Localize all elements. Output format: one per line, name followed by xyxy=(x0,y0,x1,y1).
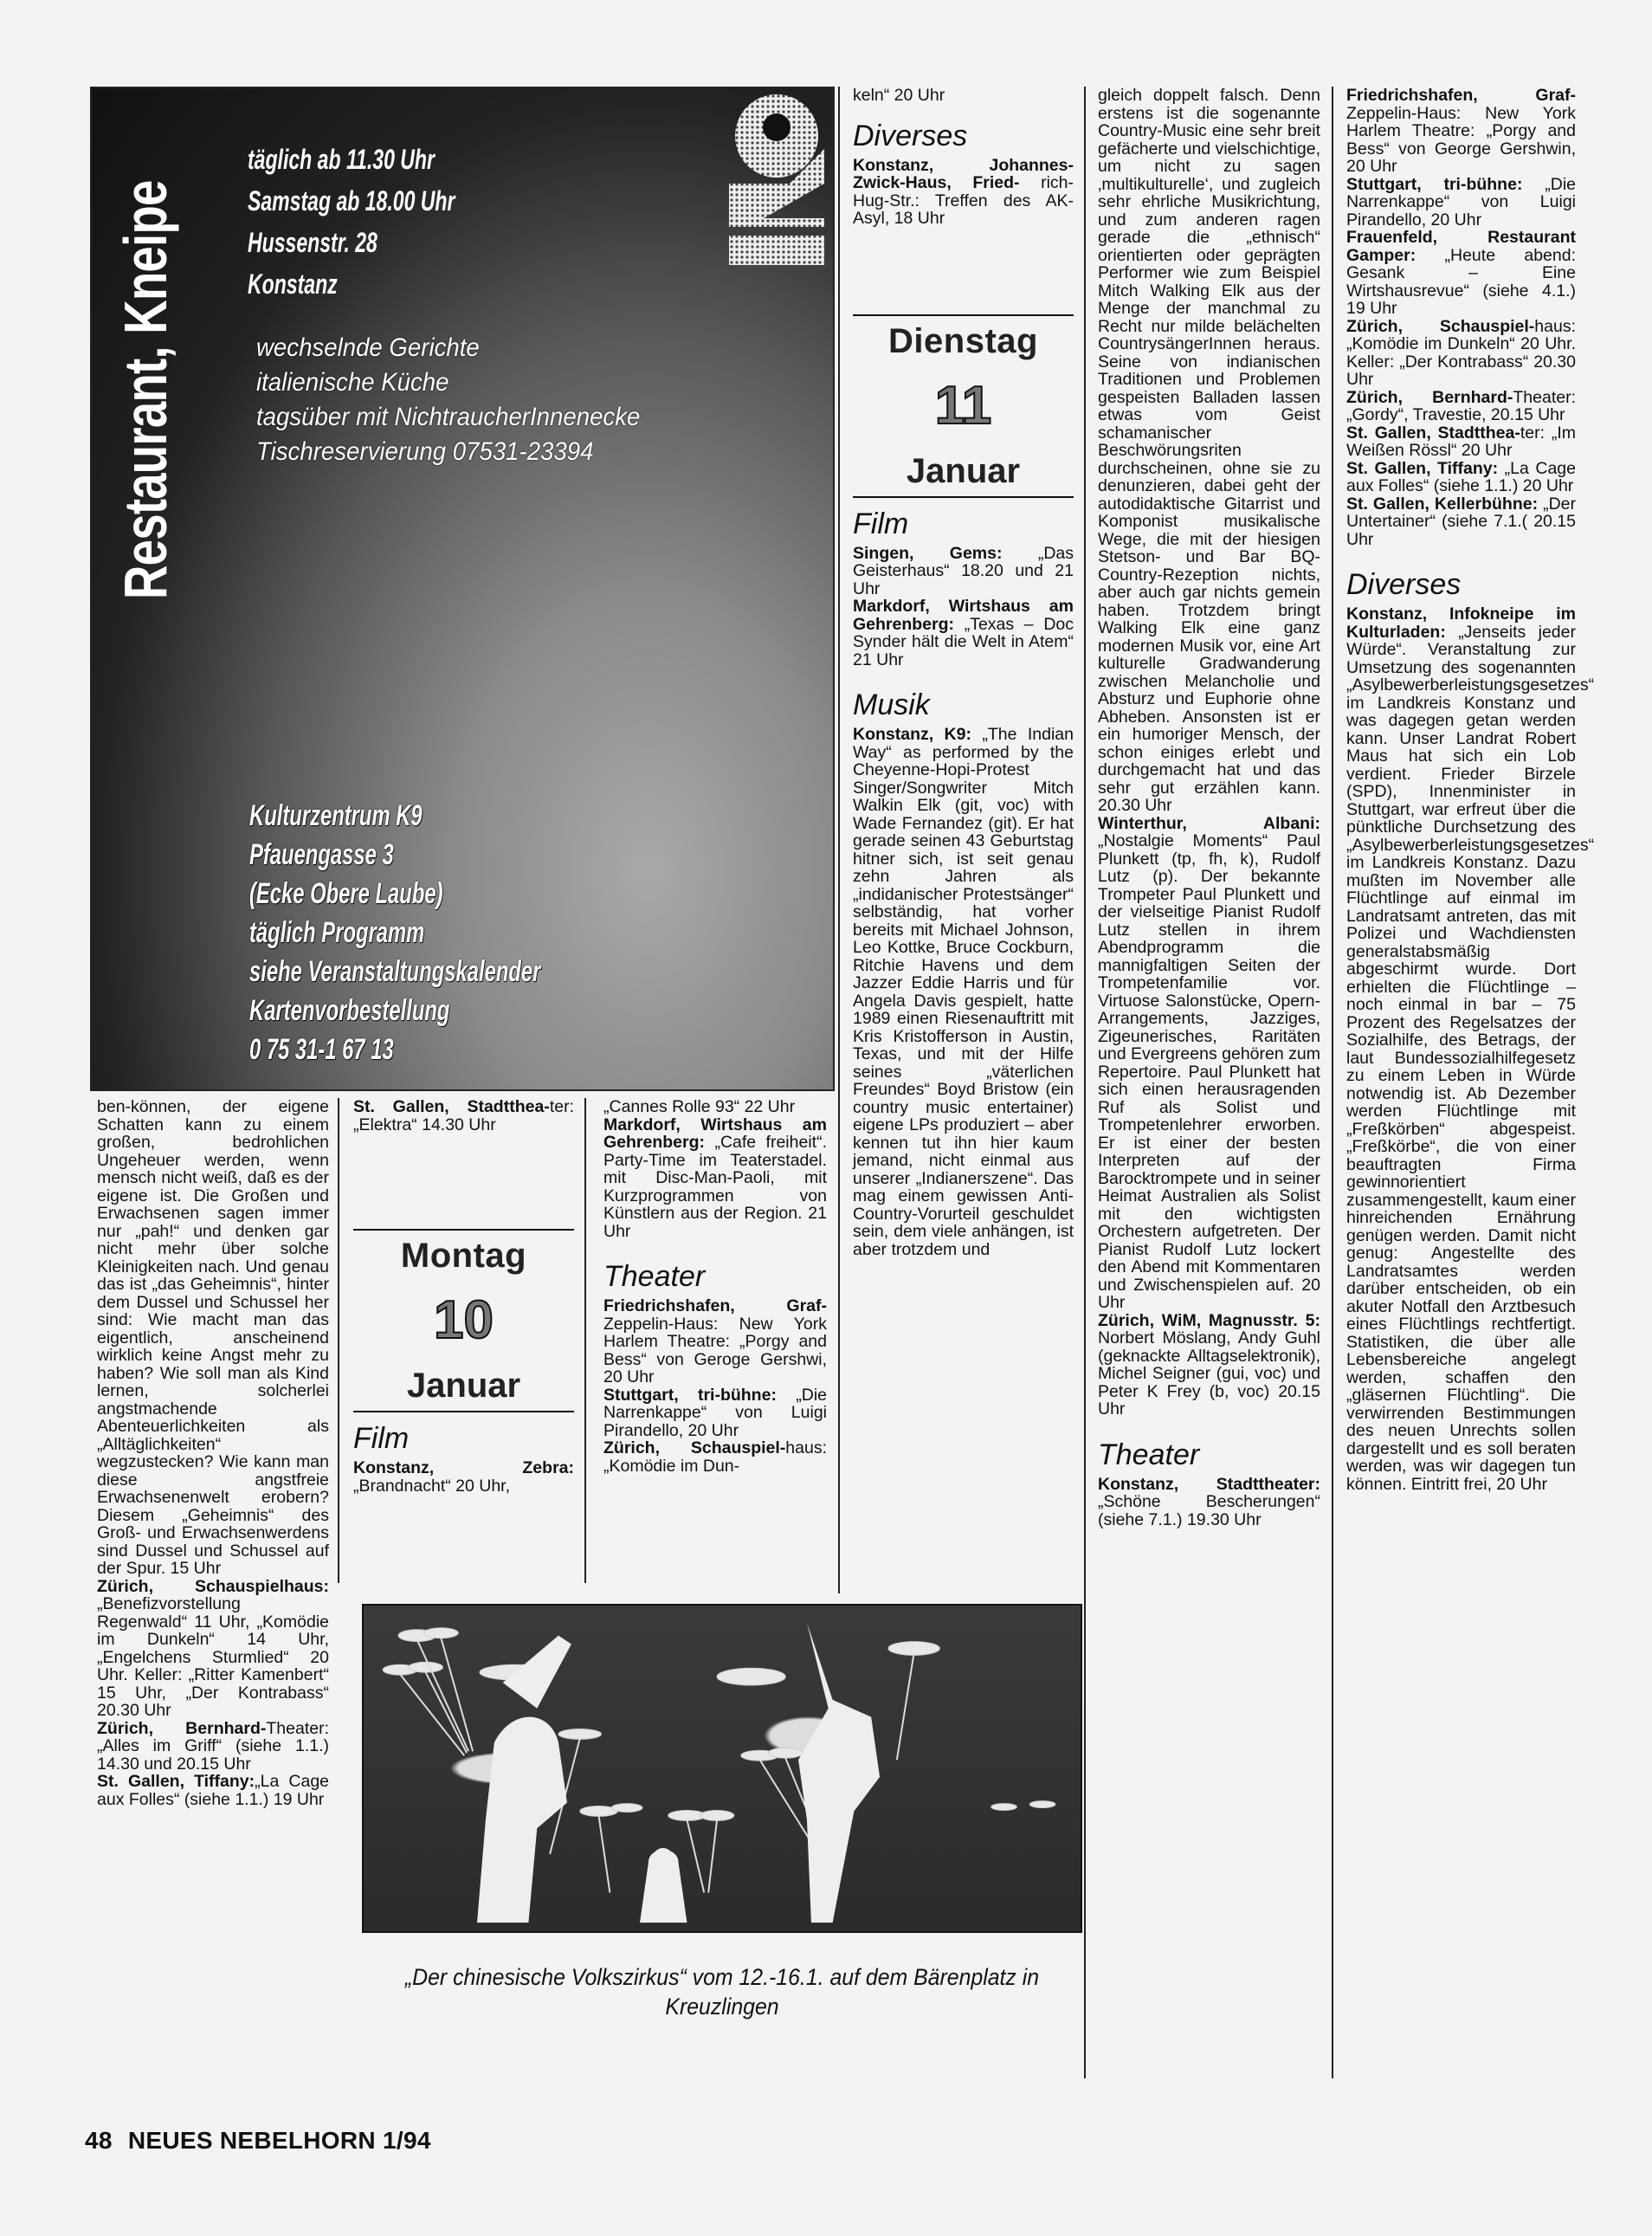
column-divider xyxy=(1332,87,1333,2078)
ad-kultur-line: Kartenvorbestellung xyxy=(249,992,540,1031)
column-5: gleich doppelt falsch. Denn erstens ist … xyxy=(1098,87,1320,1528)
event-entry: Zürich, WiM, Magnusstr. 5: Norbert Mösla… xyxy=(1098,1312,1320,1419)
section-heading-theater: Theater xyxy=(603,1259,827,1294)
column-divider xyxy=(1084,87,1086,2078)
venue: Konstanz, Stadttheater: xyxy=(1098,1475,1320,1494)
day-number: 11 xyxy=(853,363,1074,449)
ad-kultur-line: Kulturzentrum K9 xyxy=(249,797,540,836)
day-header-monday: Montag 10 Januar xyxy=(353,1229,574,1412)
day-month: Januar xyxy=(353,1364,574,1407)
event-entry: Zürich, Bernhard-Theater: „Alles im Grif… xyxy=(97,1720,329,1774)
ad-hours-line: täglich ab 11.30 Uhr xyxy=(248,139,455,180)
ad-kultur-line: (Ecke Obere Laube) xyxy=(249,875,540,914)
event-entry: Markdorf, Wirtshaus am Gehrenberg: „Texa… xyxy=(853,598,1074,669)
venue: Zürich, Schauspielhaus: xyxy=(97,1577,329,1596)
event-details: „Benefizvorstellung Regenwald“ 11 Uhr, „… xyxy=(97,1594,329,1720)
event-details: „The Indian Way“ as performed by the Che… xyxy=(853,725,1074,1259)
event-entry: St. Gallen, Stadtthea-ter: „Im Weißen Rö… xyxy=(1346,424,1576,460)
event-entry: Zürich, Schauspiel-haus: „Komödie im Dun… xyxy=(603,1439,827,1475)
venue: Zürich, Schauspiel- xyxy=(1346,317,1534,336)
ad-city-line: Konstanz xyxy=(248,263,455,305)
column-divider xyxy=(838,87,840,1593)
event-entry: Friedrichshafen, Graf-Zeppelin-Haus: New… xyxy=(1346,87,1576,176)
venue: Konstanz, Zebra: xyxy=(353,1458,574,1477)
venue: St. Gallen, Stadtthea- xyxy=(1346,423,1520,443)
publication-name: NEUES NEBELHORN 1/94 xyxy=(128,2127,431,2154)
k9-advertisement: Restaurant, Kneipe täglich ab 11.30 Uhr … xyxy=(90,87,835,1091)
venue: St. Gallen, Stadtthea- xyxy=(353,1097,550,1116)
ad-opening-hours: täglich ab 11.30 Uhr Samstag ab 18.00 Uh… xyxy=(248,139,455,305)
section-heading-film: Film xyxy=(353,1421,574,1456)
column-divider xyxy=(338,1098,339,1583)
ad-menu-line: italienische Küche xyxy=(256,365,640,400)
event-entry: Frauenfeld, Restaurant Gamper: „Heute ab… xyxy=(1346,229,1576,318)
event-entry: St. Gallen, Tiffany:„La Cage aux Folles“… xyxy=(97,1773,329,1808)
venue: Zürich, Schauspiel- xyxy=(603,1438,785,1457)
event-details: Norbert Möslang, Andy Guhl (geknackte Al… xyxy=(1098,1328,1320,1419)
ad-reservation-line: Tischreservierung 07531-23394 xyxy=(256,435,640,469)
column-3: „Cannes Rolle 93“ 22 Uhr Markdorf, Wirts… xyxy=(603,1098,827,1475)
event-entry: Stuttgart, tri-bühne: „Die Narrenkappe“ … xyxy=(1346,176,1576,229)
venue: St. Gallen, Tiffany: xyxy=(1346,459,1498,478)
section-heading-film: Film xyxy=(853,507,1074,541)
ad-menu-line: tagsüber mit NichtraucherInnenecke xyxy=(256,400,640,435)
day-name: Montag xyxy=(353,1234,574,1277)
event-entry: Konstanz, Infokneipe im Kulturladen: „Je… xyxy=(1346,605,1576,1493)
page-number: 48 xyxy=(85,2127,113,2154)
ad-hours-line: Samstag ab 18.00 Uhr xyxy=(248,180,455,222)
venue: Winterthur, Albani: xyxy=(1098,814,1320,833)
column-1: ben-können, der eigene Schatten kann zu … xyxy=(97,1098,329,1808)
event-entry: Singen, Gems: „Das Geisterhaus“ 18.20 un… xyxy=(853,545,1074,598)
event-entry: Zürich, Schauspiel-haus: „Komödie im Dun… xyxy=(1346,318,1576,389)
section-heading-diverses: Diverses xyxy=(853,119,1074,153)
column-divider xyxy=(584,1098,586,1583)
event-entry: Konstanz, Stadttheater: „Schöne Bescheru… xyxy=(1098,1476,1320,1529)
ad-menu-line: wechselnde Gerichte xyxy=(256,331,640,365)
venue: Stuttgart, tri-bühne: xyxy=(1346,175,1522,194)
column-4: keln“ 20 Uhr Diverses Konstanz, Johannes… xyxy=(853,87,1074,1258)
circus-photo xyxy=(362,1604,1082,1933)
event-entry: St. Gallen, Kellerbühne: „Der Untertaine… xyxy=(1346,495,1576,549)
event-continuation: „Cannes Rolle 93“ 22 Uhr xyxy=(603,1098,827,1116)
ad-kultur-line: täglich Programm xyxy=(249,914,540,953)
event-entry: Zürich, Schauspielhaus: „Benefizvorstell… xyxy=(97,1578,329,1720)
event-entry: St. Gallen, Tiffany: „La Cage aux Folles… xyxy=(1346,460,1576,495)
event-entry: St. Gallen, Stadtthea-ter: „Elektra“ 14.… xyxy=(353,1098,574,1134)
ad-vertical-title: Restaurant, Kneipe xyxy=(111,180,180,599)
column-2: St. Gallen, Stadtthea-ter: „Elektra“ 14.… xyxy=(353,1098,574,1495)
event-entry: Konstanz, K9: „The Indian Way“ as perfor… xyxy=(853,726,1074,1258)
event-details: „Jenseits jeder Würde“. Veranstaltung zu… xyxy=(1346,623,1594,1494)
venue: Friedrichshafen, Graf- xyxy=(1346,86,1576,105)
event-entry: Markdorf, Wirtshaus am Gehrenberg: „Cafe… xyxy=(603,1116,827,1241)
venue: Friedrichshafen, Graf- xyxy=(603,1296,827,1315)
event-entry: Zürich, Bernhard-Theater: „Gordy“, Trave… xyxy=(1346,389,1576,424)
event-description: ben-können, der eigene Schatten kann zu … xyxy=(97,1098,329,1578)
column-6: Friedrichshafen, Graf-Zeppelin-Haus: New… xyxy=(1346,87,1576,1493)
ad-menu-info: wechselnde Gerichte italienische Küche t… xyxy=(256,331,640,469)
event-entry: Konstanz, Johannes-Zwick-Haus, Fried- ri… xyxy=(853,157,1074,228)
section-heading-theater: Theater xyxy=(1098,1438,1320,1472)
photo-caption: „Der chinesische Volkszirkus“ vom 12.-16… xyxy=(390,1962,1053,2021)
ad-kultur-line: siehe Veranstaltungskalender xyxy=(249,953,540,992)
venue: Singen, Gems: xyxy=(853,544,1002,563)
venue: St. Gallen, Kellerbühne: xyxy=(1346,494,1538,514)
event-details: „Brandnacht“ 20 Uhr, xyxy=(353,1477,510,1496)
venue: Stuttgart, tri-bühne: xyxy=(603,1386,777,1405)
event-continuation: gleich doppelt falsch. Denn erstens ist … xyxy=(1098,87,1320,815)
section-heading-diverses: Diverses xyxy=(1346,567,1576,602)
section-heading-musik: Musik xyxy=(853,688,1074,722)
venue: St. Gallen, Tiffany: xyxy=(97,1772,255,1791)
venue: Zürich, WiM, Magnusstr. 5: xyxy=(1098,1311,1320,1330)
event-entry: Friedrichshafen, Graf-Zeppelin-Haus: New… xyxy=(603,1297,827,1386)
event-continuation: keln“ 20 Uhr xyxy=(853,87,1074,105)
event-entry: Konstanz, Zebra: „Brandnacht“ 20 Uhr, xyxy=(353,1459,574,1495)
venue: Zürich, Bernhard- xyxy=(97,1719,266,1738)
venue: Zürich, Bernhard- xyxy=(1346,388,1513,407)
event-details: Zeppelin-Haus: New York Harlem Theatre: … xyxy=(603,1315,827,1387)
event-details: „Nostalgie Moments“ Paul Plunkett (tp, f… xyxy=(1098,831,1320,1312)
event-details: „Schöne Bescherungen“ (siehe 7.1.) 19.30… xyxy=(1098,1492,1320,1529)
event-entry: Winterthur, Albani: „Nostalgie Moments“ … xyxy=(1098,815,1320,1312)
day-header-tuesday: Dienstag 11 Januar xyxy=(853,314,1074,498)
ad-phone-line: 0 75 31-1 67 13 xyxy=(249,1031,540,1070)
ad-address-line: Hussenstr. 28 xyxy=(248,222,455,263)
ad-kulturzentrum-info: Kulturzentrum K9 Pfauengasse 3 (Ecke Obe… xyxy=(249,797,540,1070)
venue: Konstanz, K9: xyxy=(853,725,971,744)
day-month: Januar xyxy=(853,449,1074,493)
k9-logo-icon xyxy=(729,88,833,270)
page-footer: 48 NEUES NEBELHORN 1/94 xyxy=(85,2127,431,2155)
plate-spinning-acrobats-image xyxy=(364,1606,1081,1931)
day-name: Dienstag xyxy=(853,320,1074,363)
event-details: Zeppelin-Haus: New York Harlem Theatre: … xyxy=(1346,104,1576,177)
day-number: 10 xyxy=(353,1277,574,1364)
ad-kultur-line: Pfauengasse 3 xyxy=(249,836,540,875)
event-entry: Stuttgart, tri-bühne: „Die Narrenkappe“ … xyxy=(603,1386,827,1440)
